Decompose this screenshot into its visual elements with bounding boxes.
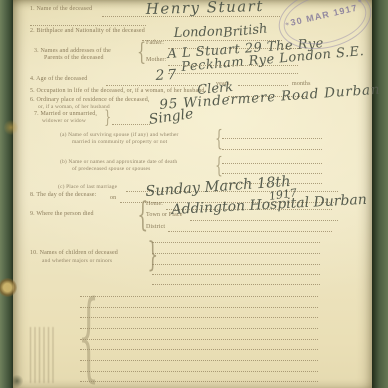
field-1-handwritten-value: Henry Stuart — [146, 0, 265, 18]
field-3-label-line1: 3. Names and addresses of the — [34, 48, 111, 55]
field-a-label-line2: married in community of property or not — [72, 139, 167, 145]
dotted-line — [168, 63, 298, 66]
dotted-line — [80, 369, 318, 372]
field-3-label-line2: Parents of the deceased — [44, 55, 104, 62]
dotted-line — [168, 71, 298, 74]
field-6-label-line1: 6. Ordinary place of residence of the de… — [30, 97, 150, 104]
field-7-label-line1: 7. Married or unmarried, — [34, 111, 97, 118]
dotted-line — [80, 347, 318, 350]
dotted-line — [80, 326, 318, 329]
field-b-label-line2: of predeceased spouse or spouses — [72, 166, 150, 172]
dotted-line — [222, 171, 322, 174]
field-7-label-line2: widower or widow — [42, 118, 86, 124]
book-binding-left — [0, 0, 13, 388]
dotted-line — [238, 83, 288, 86]
field-1-label: 1. Name of the deceased — [30, 6, 92, 13]
dotted-line — [152, 262, 320, 265]
paper-stain — [4, 119, 18, 136]
dotted-line — [152, 240, 320, 243]
field-2-handwritten-place: London — [173, 24, 223, 41]
father-label: Father: — [146, 40, 164, 47]
dotted-line — [222, 161, 322, 164]
dotted-line — [112, 122, 150, 125]
field-a-label-line1: (a) Name of surviving spouse (if any) an… — [60, 132, 179, 138]
dotted-line — [152, 272, 320, 275]
scanned-death-notice-form: 1. Name of the deceased Henry Stuart 2. … — [0, 0, 388, 388]
field-10-label-line2: and whether majors or minors — [42, 258, 112, 264]
book-binding-right — [372, 0, 388, 388]
dotted-line — [80, 305, 318, 308]
field-10-label-line1: 10. Names of children of deceased — [30, 250, 118, 257]
dotted-line — [80, 379, 318, 382]
dotted-line — [222, 147, 322, 150]
field-9-label: 9. Where the person died — [30, 211, 94, 218]
rotated-marginal-note-illegible — [30, 327, 57, 383]
district-label: District — [146, 224, 165, 231]
field-2-label: 2. Birthplace and Nationality of the dec… — [30, 28, 145, 35]
field-8-label: 8. The day of the decease: — [30, 192, 96, 199]
field-b-label-line1: (b) Name or names and approximate date o… — [60, 159, 177, 165]
dotted-line — [222, 136, 322, 139]
paper-stain — [11, 374, 23, 388]
field-8-on-label: on — [110, 195, 116, 202]
dotted-line — [152, 251, 320, 254]
dotted-line — [80, 337, 318, 340]
dotted-line — [152, 282, 320, 285]
brace-predeceased: { — [215, 156, 223, 178]
dotted-line — [30, 23, 146, 26]
field-c-label: (c) Place of last marriage — [58, 184, 117, 190]
dotted-line — [80, 315, 318, 318]
dotted-line — [106, 83, 202, 86]
field-6-label-line2: or, if a woman, of her husband — [38, 104, 110, 110]
dotted-line — [80, 294, 318, 297]
mother-label: Mother: — [146, 57, 166, 64]
dotted-line — [190, 218, 338, 221]
field-4-label: 4. Age of the deceased — [30, 76, 87, 83]
brace-married: } — [104, 109, 111, 127]
dotted-line — [168, 229, 332, 232]
field-5-label: 5. Occupation in life of the deceased, o… — [30, 88, 205, 95]
dotted-line — [80, 358, 318, 361]
home-label: Home: — [146, 201, 163, 208]
brace-children: } — [147, 238, 158, 272]
field-4-handwritten-value: 27 — [155, 67, 180, 84]
brace-parents: { — [137, 40, 146, 64]
